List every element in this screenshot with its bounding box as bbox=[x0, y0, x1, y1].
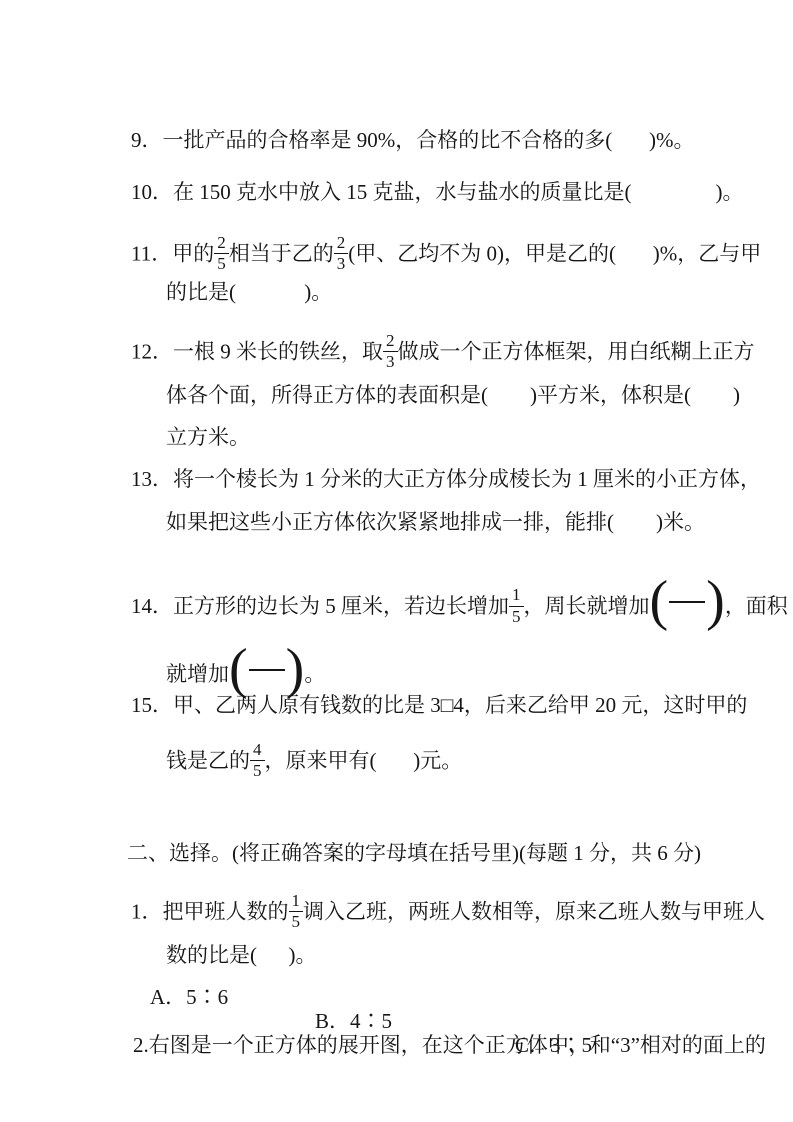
choice-2-line-1: 2.右图是一个正方体的展开图，在这个正方体中，和“3”相对的面上的 bbox=[112, 1009, 766, 1033]
question-14-text: ，周长就增加 bbox=[524, 594, 650, 618]
question-10-text: 10．在 150 克水中放入 15 克盐，水与盐水的质量比是( )。 bbox=[131, 180, 744, 204]
fraction-1-5: 15 bbox=[509, 585, 524, 627]
question-14-line-1: 14．正方形的边长为 5 厘米，若边长增加15，周长就增加()，面积 bbox=[110, 556, 788, 580]
fraction-denominator: 5 bbox=[250, 761, 265, 781]
question-12-line-1: 12．一根 9 米长的铁丝，取23做成一个正方体框架，用白纸糊上正方 bbox=[110, 309, 755, 333]
blank-fraction-slot: () bbox=[650, 573, 725, 629]
choice-1-line-2: 数的比是( )。 bbox=[145, 919, 317, 943]
question-15-text: 15．甲、乙两人原有钱数的比是 3□4，后来乙给甲 20 元，这时甲的 bbox=[131, 693, 747, 717]
question-15-line-1: 15．甲、乙两人原有钱数的比是 3□4，后来乙给甲 20 元，这时甲的 bbox=[110, 669, 747, 693]
fraction-numerator: 1 bbox=[289, 891, 304, 912]
question-14-text: 14．正方形的边长为 5 厘米，若边长增加 bbox=[131, 594, 509, 618]
question-11-line-1: 11．甲的25相当于乙的23(甲、乙均不为 0)，甲是乙的( )%，乙与甲 bbox=[110, 211, 761, 235]
question-13-text: 如果把这些小正方体依次紧紧地排成一排，能排( )米。 bbox=[166, 510, 705, 534]
question-10: 10．在 150 克水中放入 15 克盐，水与盐水的质量比是( )。 bbox=[110, 156, 744, 180]
section-2-header: 二、选择。(将正确答案的字母填在括号里)(每题 1 分，共 6 分) bbox=[106, 817, 701, 841]
right-paren: ) bbox=[706, 573, 725, 629]
fraction-denominator: 5 bbox=[509, 607, 524, 627]
fraction-numerator: 1 bbox=[509, 585, 524, 606]
question-12-line-3: 立方米。 bbox=[145, 401, 250, 425]
question-9: 9．一批产品的合格率是 90%，合格的比不合格的多( )%。 bbox=[110, 104, 694, 128]
fraction-numerator: 2 bbox=[214, 233, 229, 254]
option-a: A．5∶6 bbox=[150, 985, 228, 1009]
fraction-numerator: 4 bbox=[250, 740, 265, 761]
question-12-line-2: 体各个面，所得正方体的表面积是( )平方米，体积是( ) bbox=[145, 359, 740, 383]
question-9-text: 9．一批产品的合格率是 90%，合格的比不合格的多( )%。 bbox=[131, 128, 694, 152]
question-15-text: ，原来甲有( )元。 bbox=[265, 749, 463, 773]
question-15-text: 钱是乙的 bbox=[166, 749, 250, 773]
left-paren: ( bbox=[650, 573, 669, 629]
section-2-header-text: 二、选择。(将正确答案的字母填在括号里)(每题 1 分，共 6 分) bbox=[127, 841, 701, 865]
fraction-numerator: 2 bbox=[334, 233, 349, 254]
question-14-text: ，面积 bbox=[725, 594, 788, 618]
fraction-numerator: 2 bbox=[383, 331, 398, 352]
fraction-denominator: 3 bbox=[334, 254, 349, 274]
question-14-line-2: 就增加()。 bbox=[145, 624, 325, 648]
question-11-line-2: 的比是( )。 bbox=[145, 256, 332, 280]
question-11-text: 的比是( )。 bbox=[166, 280, 332, 304]
fraction-4-5: 45 bbox=[250, 740, 265, 782]
choice-2-text: 2.右图是一个正方体的展开图，在这个正方体中，和“3”相对的面上的 bbox=[133, 1033, 766, 1057]
choice-1-line-1: 1．把甲班人数的15调入乙班，两班人数相等，原来乙班人数与甲班人 bbox=[110, 869, 765, 893]
choice-1-text: 调入乙班，两班人数相等，原来乙班人数与甲班人 bbox=[303, 900, 765, 924]
exam-page: 9．一批产品的合格率是 90%，合格的比不合格的多( )%。 10．在 150 … bbox=[0, 0, 793, 1122]
choice-1-options-row: A．5∶6 B．4∶5 C．3∶5 bbox=[0, 961, 793, 985]
fraction-2-3: 23 bbox=[334, 233, 349, 275]
fraction-bar-blank bbox=[669, 601, 705, 603]
question-15-line-2: 钱是乙的45，原来甲有( )元。 bbox=[145, 718, 462, 742]
question-13-line-2: 如果把这些小正方体依次紧紧地排成一排，能排( )米。 bbox=[145, 486, 705, 510]
question-11-text: (甲、乙均不为 0)，甲是乙的( )%，乙与甲 bbox=[348, 242, 761, 266]
question-13-line-1: 13．将一个棱长为 1 分米的大正方体分成棱长为 1 厘米的小正方体， bbox=[110, 443, 761, 467]
question-12-text: 体各个面，所得正方体的表面积是( )平方米，体积是( ) bbox=[166, 383, 740, 407]
